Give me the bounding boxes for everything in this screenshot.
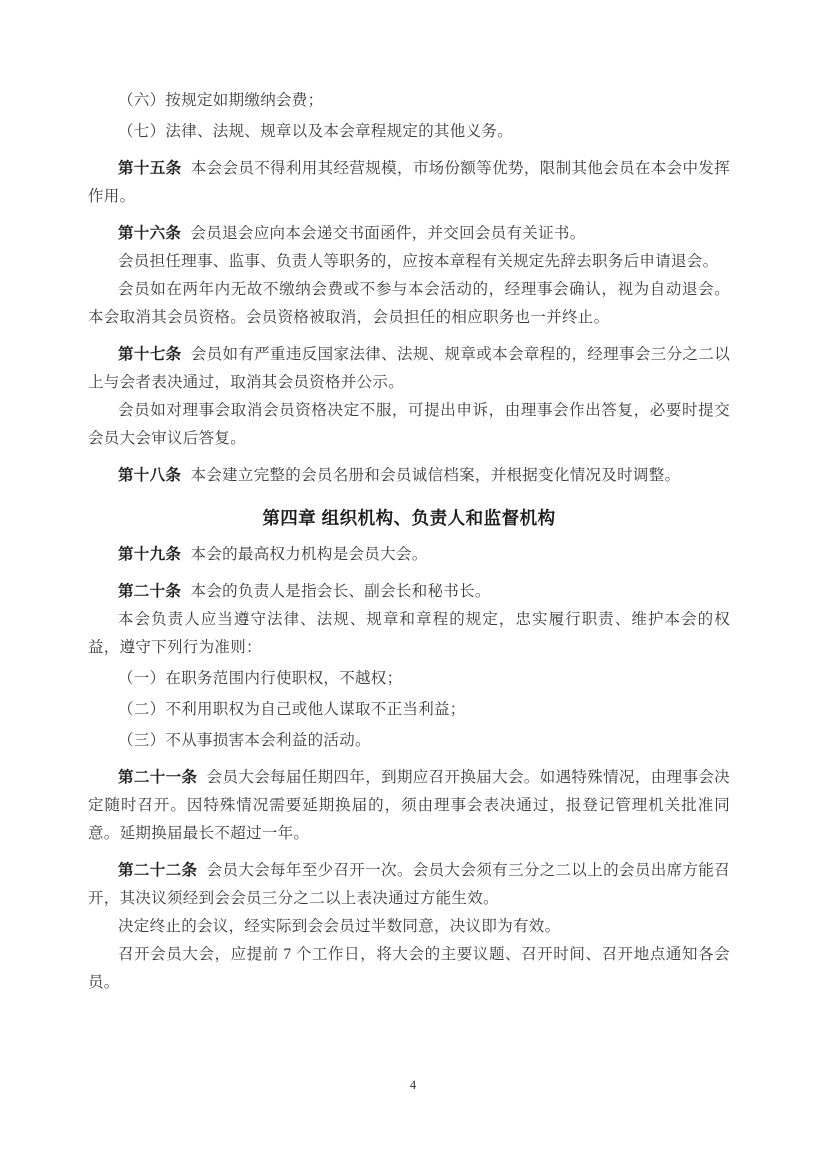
- article-number: 第二十二条: [118, 862, 197, 879]
- list-item: （一）在职务范围内行使职权，不越权；: [88, 665, 730, 693]
- paragraph: 会员如对理事会取消会员资格决定不服，可提出申诉，由理事会作出答复，必要时提交会员…: [88, 397, 730, 453]
- article-text: 会员如有严重违反国家法律、法规、规章或本会章程的，经理事会三分之二以上与会者表决…: [88, 346, 730, 391]
- page-number: 4: [0, 1078, 826, 1093]
- paragraph: 召开会员大会，应提前 7 个工作日，将大会的主要议题、召开时间、召开地点通知各会…: [88, 941, 730, 997]
- article-paragraph: 第十九条本会的最高权力机构是会员大会。: [88, 541, 730, 569]
- article-paragraph: 第二十一条会员大会每届任期四年，到期应召开换届大会。如遇特殊情况，由理事会决定随…: [88, 764, 730, 848]
- paragraph: 决定终止的会议，经实际到会会员过半数同意，决议即为有效。: [88, 913, 730, 941]
- article-paragraph: 第十六条会员退会应向本会递交书面函件，并交回会员有关证书。: [88, 220, 730, 248]
- article-paragraph: 第二十条本会的负责人是指会长、副会长和秘书长。: [88, 578, 730, 606]
- paragraph: 会员如在两年内无故不缴纳会费或不参与本会活动的，经理事会确认，视为自动退会。本会…: [88, 276, 730, 332]
- article-text: 本会的最高权力机构是会员大会。: [191, 546, 428, 563]
- paragraph: 本会负责人应当遵守法律、法规、规章和章程的规定，忠实履行职责、维护本会的权益，遵…: [88, 606, 730, 662]
- article-text: 本会建立完整的会员名册和会员诚信档案，并根据变化情况及时调整。: [191, 467, 681, 484]
- article-number: 第二十一条: [118, 769, 197, 786]
- article-paragraph: 第十七条会员如有严重违反国家法律、法规、规章或本会章程的，经理事会三分之二以上与…: [88, 341, 730, 397]
- list-item: （三）不从事损害本会利益的活动。: [88, 727, 730, 755]
- list-item: （六）按规定如期缴纳会费；: [88, 87, 730, 115]
- list-item: （七）法律、法规、规章以及本会章程规定的其他义务。: [88, 118, 730, 146]
- document-body: （六）按规定如期缴纳会费； （七）法律、法规、规章以及本会章程规定的其他义务。 …: [88, 84, 730, 997]
- article-paragraph: 第二十二条会员大会每年至少召开一次。会员大会须有三分之二以上的会员出席方能召开，…: [88, 857, 730, 913]
- article-number: 第十八条: [118, 467, 181, 484]
- paragraph: 会员担任理事、监事、负责人等职务的，应按本章程有关规定先辞去职务后申请退会。: [88, 248, 730, 276]
- article-text: 本会会员不得利用其经营规模，市场份额等优势，限制其他会员在本会中发挥作用。: [88, 160, 730, 205]
- article-number: 第二十条: [118, 583, 181, 600]
- article-number: 第十六条: [118, 225, 181, 242]
- article-number: 第十七条: [118, 346, 181, 363]
- article-paragraph: 第十八条本会建立完整的会员名册和会员诚信档案，并根据变化情况及时调整。: [88, 462, 730, 490]
- article-number: 第十五条: [118, 160, 181, 177]
- article-text: 本会的负责人是指会长、副会长和秘书长。: [191, 583, 491, 600]
- chapter-heading: 第四章 组织机构、负责人和监督机构: [88, 504, 730, 532]
- article-number: 第十九条: [118, 546, 181, 563]
- article-text: 会员退会应向本会递交书面函件，并交回会员有关证书。: [191, 225, 586, 242]
- document-page: （六）按规定如期缴纳会费； （七）法律、法规、规章以及本会章程规定的其他义务。 …: [0, 0, 826, 1169]
- article-paragraph: 第十五条本会会员不得利用其经营规模，市场份额等优势，限制其他会员在本会中发挥作用…: [88, 155, 730, 211]
- list-item: （二）不利用职权为自己或他人谋取不正当利益；: [88, 696, 730, 724]
